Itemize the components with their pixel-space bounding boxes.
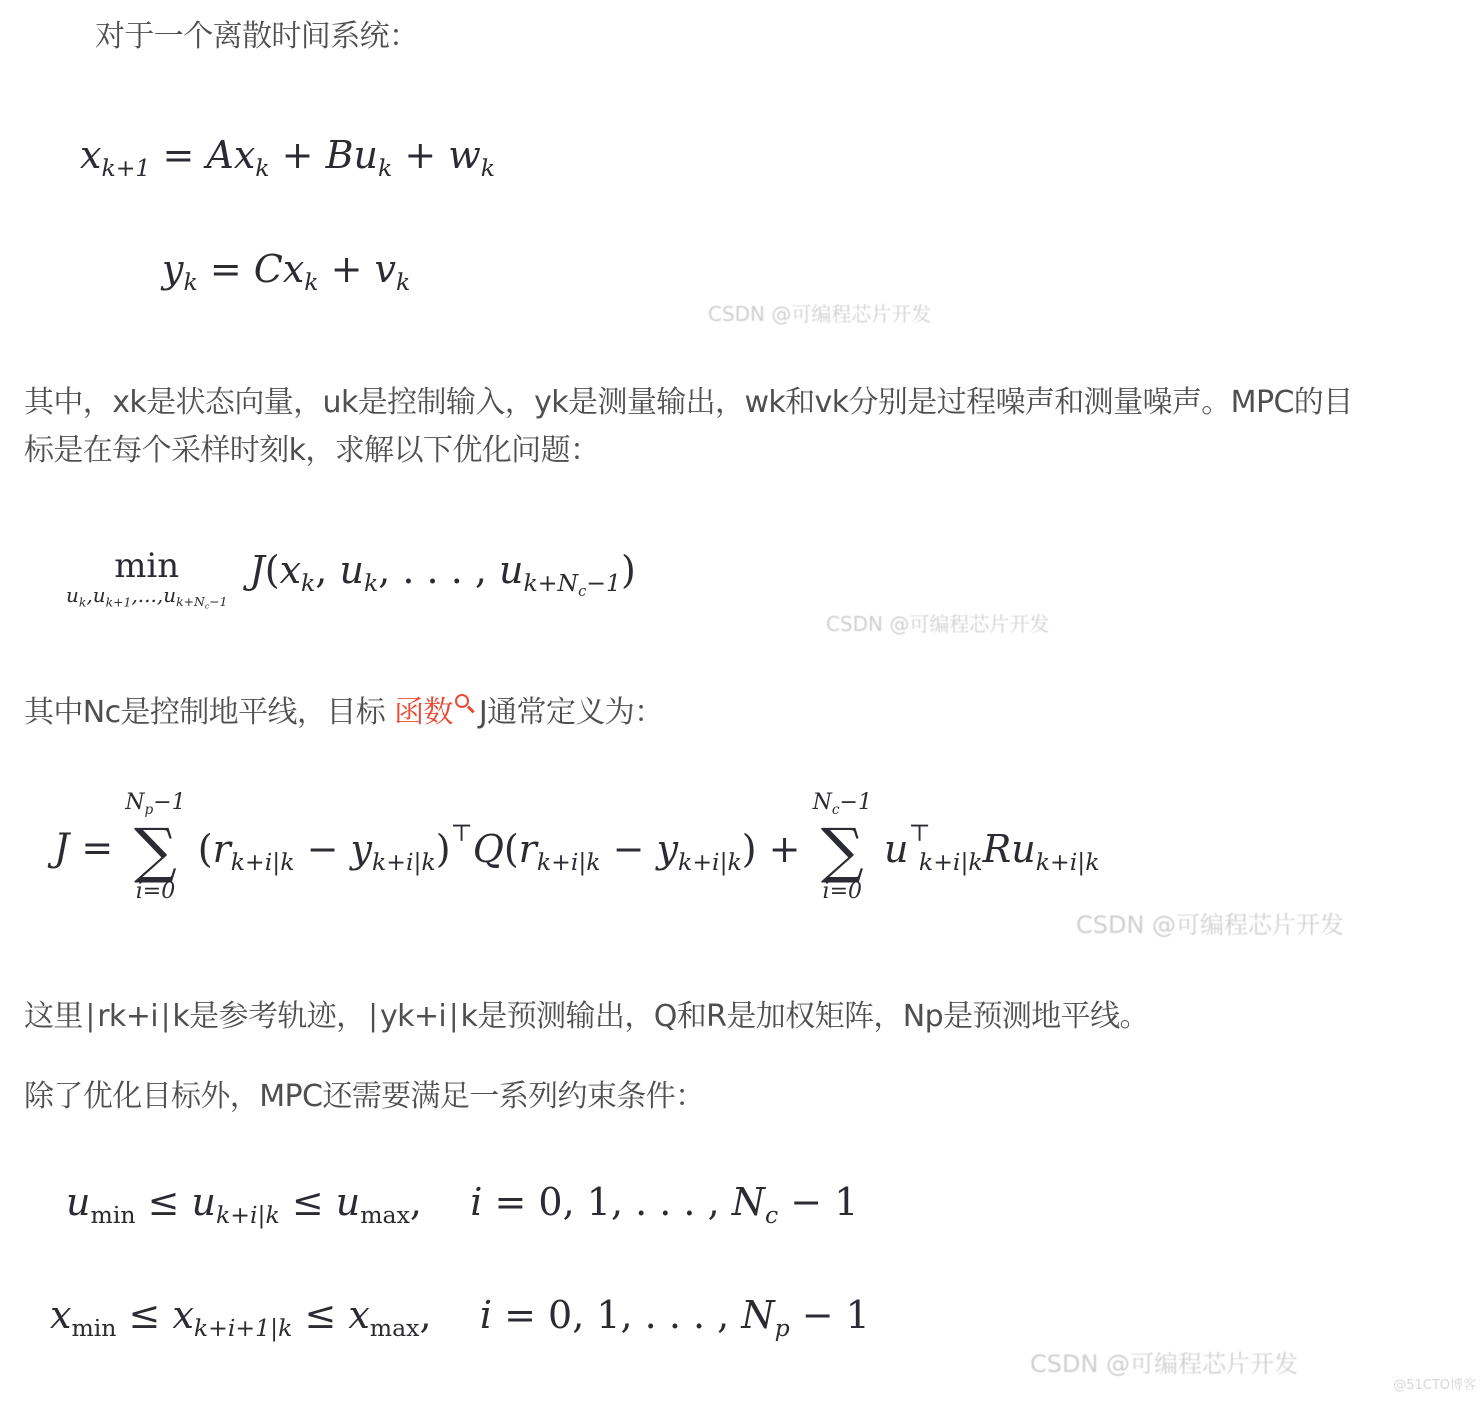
definitions-text: 这里∣rk+i∣k是参考轨迹，∣yk+i∣k是预测输出，Q和R是加权矩阵，Np是… bbox=[24, 994, 1149, 1040]
equation-input-constraint: umin ≤ uk+i|k ≤ umax, i = 0, 1, . . . , … bbox=[66, 1180, 858, 1229]
equation-optimization: min uk,uk+1,...,uk+Nc−1 J(xk, uk, . . . … bbox=[66, 548, 636, 618]
watermark-csdn-1: CSDN @可编程芯片开发 bbox=[708, 298, 931, 327]
variables-text-line2: 标是在每个采样时刻k，求解以下优化问题： bbox=[24, 428, 599, 474]
variables-text-line1: 其中，xk是状态向量，uk是控制输入，yk是测量输出，wk和vk分别是过程噪声和… bbox=[24, 380, 1353, 426]
min-operator: min uk,uk+1,...,uk+Nc−1 bbox=[66, 548, 227, 618]
intro-text: 对于一个离散时间系统： bbox=[95, 14, 418, 60]
equation-output: yk = Cxk + vk bbox=[162, 247, 410, 296]
function-link[interactable]: 函数 bbox=[394, 695, 453, 730]
watermark-csdn-2: CSDN @可编程芯片开发 bbox=[826, 608, 1049, 637]
objective-text: 其中Nc是控制地平线，目标 函数J通常定义为： bbox=[24, 690, 664, 736]
objective-suffix: J通常定义为： bbox=[479, 695, 664, 730]
watermark-51cto: @51CTO博客 bbox=[1393, 1374, 1476, 1393]
search-icon[interactable] bbox=[455, 694, 469, 708]
watermark-csdn-4: CSDN @可编程芯片开发 bbox=[1030, 1344, 1298, 1379]
equation-state: xk+1 = Axk + Buk + wk bbox=[80, 133, 495, 182]
constraints-intro-text: 除了优化目标外，MPC还需要满足一系列约束条件： bbox=[24, 1074, 705, 1120]
sum-symbol-predict: Np−1 ∑ i=0 bbox=[125, 792, 185, 903]
equation-cost: J = Np−1 ∑ i=0 (rk+i|k − yk+i|k)⊤Q(rk+i|… bbox=[54, 792, 1099, 903]
watermark-csdn-3: CSDN @可编程芯片开发 bbox=[1076, 905, 1344, 940]
objective-prefix: 其中Nc是控制地平线，目标 bbox=[24, 695, 394, 730]
sum-symbol-control: Nc−1 ∑ i=0 bbox=[813, 792, 872, 903]
equation-state-constraint: xmin ≤ xk+i+1|k ≤ xmax, i = 0, 1, . . . … bbox=[50, 1293, 870, 1342]
